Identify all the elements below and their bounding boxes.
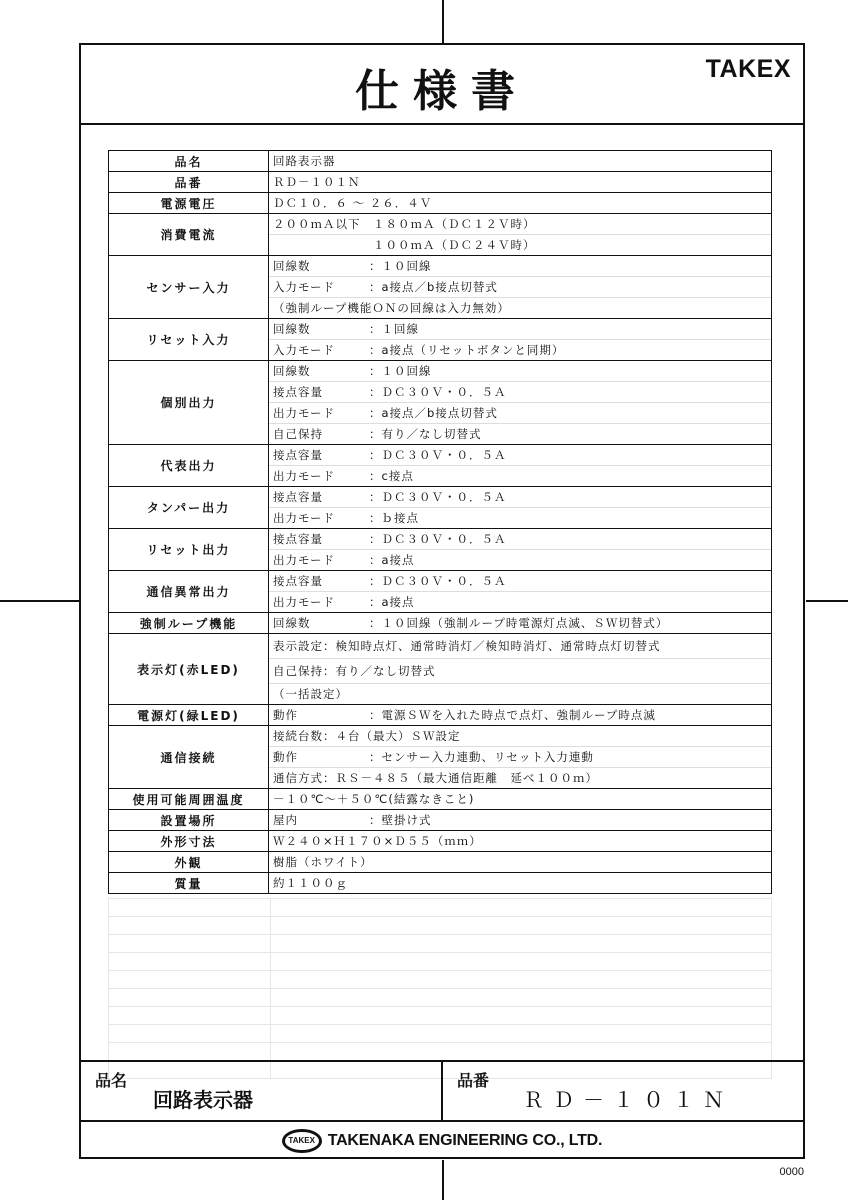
- spec-value-text: 回路表示器: [273, 154, 336, 168]
- spec-label: 電源電圧: [109, 193, 269, 214]
- spec-line: 接点容量：ＤＣ３０Ｖ・０．５Ａ: [269, 445, 771, 466]
- crop-mark-right: [806, 600, 848, 602]
- spec-line: ２００ｍＡ以下 １８０ｍＡ（ＤＣ１２Ｖ時）: [269, 214, 771, 235]
- spec-line: 樹脂（ホワイト）: [269, 852, 771, 872]
- spec-value-text: ：１０回線: [369, 364, 432, 378]
- spec-key: 接点容量: [273, 571, 369, 591]
- spec-line: 回線数：１０回線: [269, 361, 771, 382]
- spec-key: 接続台数: [273, 726, 323, 746]
- spec-value-text: （一括設定）: [273, 687, 348, 701]
- blank-row: [109, 1025, 772, 1043]
- product-code-cell: 品番 ＲＤ－１０１Ｎ: [443, 1062, 803, 1120]
- document-frame: 仕様書 TAKEX 品名回路表示器品番ＲＤ－１０１Ｎ電源電圧ＤＣ１０．６ ～ ２…: [79, 43, 805, 1159]
- spec-value: 屋内：壁掛け式: [269, 810, 772, 831]
- spec-label: 電源灯(緑LED): [109, 705, 269, 726]
- spec-row: 設置場所屋内：壁掛け式: [109, 810, 772, 831]
- spec-line: 動作：電源ＳＷを入れた時点で点灯、強制ループ時点滅: [269, 705, 771, 725]
- blank-row: [109, 971, 772, 989]
- spec-line: 回線数：１０回線: [269, 256, 771, 277]
- spec-key: 回線数: [273, 256, 369, 276]
- blank-cell: [109, 899, 271, 917]
- spec-line: 回路表示器: [269, 151, 771, 171]
- spec-value-text: ：a接点: [369, 595, 415, 609]
- blank-cell: [271, 971, 772, 989]
- page-title: 仕様書: [81, 55, 803, 119]
- spec-line: 出力モード：c接点: [269, 466, 771, 486]
- spec-row: 通信異常出力接点容量：ＤＣ３０Ｖ・０．５Ａ出力モード：a接点: [109, 571, 772, 613]
- spec-row: 電源灯(緑LED)動作：電源ＳＷを入れた時点で点灯、強制ループ時点滅: [109, 705, 772, 726]
- product-code-label: 品番: [457, 1068, 489, 1091]
- spec-key: 回線数: [273, 319, 369, 339]
- spec-value-text: ２００ｍＡ以下 １８０ｍＡ（ＤＣ１２Ｖ時）: [273, 217, 536, 231]
- spec-value: ２００ｍＡ以下 １８０ｍＡ（ＤＣ１２Ｖ時） １００ｍＡ（ＤＣ２４Ｖ時）: [269, 214, 772, 256]
- spec-label: 通信異常出力: [109, 571, 269, 613]
- spec-label: 外形寸法: [109, 831, 269, 852]
- spec-table: 品名回路表示器品番ＲＤ－１０１Ｎ電源電圧ＤＣ１０．６ ～ ２６．４Ｖ消費電流２０…: [108, 150, 772, 894]
- spec-label: リセット入力: [109, 319, 269, 361]
- spec-key: 接点容量: [273, 445, 369, 465]
- spec-value: 接点容量：ＤＣ３０Ｖ・０．５Ａ出力モード：a接点: [269, 529, 772, 571]
- spec-row: 強制ループ機能回線数：１０回線（強制ループ時電源灯点滅、ＳＷ切替式）: [109, 613, 772, 634]
- spec-line: 動作：センサー入力連動、リセット入力連動: [269, 747, 771, 768]
- spec-line: 出力モード：a接点／b接点切替式: [269, 403, 771, 424]
- spec-row: 代表出力接点容量：ＤＣ３０Ｖ・０．５Ａ出力モード：c接点: [109, 445, 772, 487]
- spec-line: －１０℃～＋５０℃(結露なきこと): [269, 789, 771, 809]
- spec-value-text: ：c接点: [369, 469, 414, 483]
- product-info-row: 品名 回路表示器 品番 ＲＤ－１０１Ｎ: [81, 1060, 803, 1122]
- spec-label: 品番: [109, 172, 269, 193]
- product-name-value: 回路表示器: [153, 1084, 253, 1113]
- crop-mark-bottom: [442, 1160, 444, 1200]
- spec-key: 回線数: [273, 361, 369, 381]
- spec-line: 通信方式：ＲＳ－４８５（最大通信距離 延べ１００ｍ）: [269, 768, 771, 788]
- spec-value: 回線数：１回線入力モード：a接点（リセットボタンと同期）: [269, 319, 772, 361]
- spec-value-text: ：ＲＳ－４８５（最大通信距離 延べ１００ｍ）: [323, 771, 598, 785]
- spec-label: 代表出力: [109, 445, 269, 487]
- spec-key: 入力モード: [273, 277, 369, 297]
- blank-cell: [109, 935, 271, 953]
- spec-value-text: ：ｂ接点: [369, 511, 419, 525]
- spec-row: センサー入力回線数：１０回線入力モード：a接点／b接点切替式（強制ループ機能ＯＮ…: [109, 256, 772, 319]
- blank-cell: [271, 1043, 772, 1061]
- spec-value-text: ：壁掛け式: [369, 813, 432, 827]
- spec-line: Ｗ２４０×Ｈ１７０×Ｄ５５（ｍｍ）: [269, 831, 771, 851]
- blank-row: [109, 989, 772, 1007]
- blank-row: [109, 917, 772, 935]
- spec-value-text: ：有り／なし切替式: [323, 664, 436, 678]
- spec-value-text: ：ＤＣ３０Ｖ・０．５Ａ: [369, 385, 507, 399]
- spec-value: ＲＤ－１０１Ｎ: [269, 172, 772, 193]
- spec-value-text: ＲＤ－１０１Ｎ: [273, 175, 361, 189]
- spec-line: 表示設定：検知時点灯、通常時消灯／検知時消灯、通常時点灯切替式: [269, 634, 771, 659]
- blank-row: [109, 1043, 772, 1061]
- spec-value-text: ：１０回線: [369, 259, 432, 273]
- spec-line: ＲＤ－１０１Ｎ: [269, 172, 771, 192]
- spec-label: 通信接続: [109, 726, 269, 789]
- document-header: 仕様書 TAKEX: [81, 45, 803, 125]
- blank-cell: [271, 953, 772, 971]
- spec-value: 回線数：１０回線接点容量：ＤＣ３０Ｖ・０．５Ａ出力モード：a接点／b接点切替式自…: [269, 361, 772, 445]
- blank-row: [109, 1007, 772, 1025]
- spec-key: 出力モード: [273, 403, 369, 423]
- spec-label: 使用可能周囲温度: [109, 789, 269, 810]
- spec-value-text: （強制ループ機能ＯＮの回線は入力無効）: [273, 301, 510, 315]
- spec-key: 回線数: [273, 613, 369, 633]
- spec-label: 品名: [109, 151, 269, 172]
- spec-line: 約１１００ｇ: [269, 873, 771, 893]
- spec-value-text: ：有り／なし切替式: [369, 427, 482, 441]
- spec-value-text: ：ＤＣ３０Ｖ・０．５Ａ: [369, 574, 507, 588]
- spec-key: 表示設定: [273, 634, 323, 658]
- spec-row: 品番ＲＤ－１０１Ｎ: [109, 172, 772, 193]
- spec-row: リセット入力回線数：１回線入力モード：a接点（リセットボタンと同期）: [109, 319, 772, 361]
- spec-line: 自己保持：有り／なし切替式: [269, 659, 771, 684]
- spec-label: 消費電流: [109, 214, 269, 256]
- blank-cell: [271, 935, 772, 953]
- brand-logo: TAKEX: [706, 55, 791, 84]
- blank-cell: [109, 917, 271, 935]
- spec-key: 接点容量: [273, 487, 369, 507]
- spec-line: 接続台数：４台（最大）ＳＷ設定: [269, 726, 771, 747]
- spec-value-text: Ｗ２４０×Ｈ１７０×Ｄ５５（ｍｍ）: [273, 834, 482, 848]
- spec-row: 質量約１１００ｇ: [109, 873, 772, 894]
- spec-line: 自己保持：有り／なし切替式: [269, 424, 771, 444]
- spec-label: 個別出力: [109, 361, 269, 445]
- spec-value: ＤＣ１０．６ ～ ２６．４Ｖ: [269, 193, 772, 214]
- crop-mark-left: [0, 600, 80, 602]
- spec-label: センサー入力: [109, 256, 269, 319]
- blank-cell: [109, 1025, 271, 1043]
- spec-key: 接点容量: [273, 529, 369, 549]
- spec-label: タンパー出力: [109, 487, 269, 529]
- spec-row: リセット出力接点容量：ＤＣ３０Ｖ・０．５Ａ出力モード：a接点: [109, 529, 772, 571]
- blank-cell: [109, 989, 271, 1007]
- spec-line: 接点容量：ＤＣ３０Ｖ・０．５Ａ: [269, 571, 771, 592]
- spec-value-text: ：ＤＣ３０Ｖ・０．５Ａ: [369, 532, 507, 546]
- spec-value-text: －１０℃～＋５０℃(結露なきこと): [273, 792, 474, 806]
- spec-value: 接点容量：ＤＣ３０Ｖ・０．５Ａ出力モード：ｂ接点: [269, 487, 772, 529]
- blank-row: [109, 899, 772, 917]
- spec-key: 動作: [273, 747, 369, 767]
- spec-line: （一括設定）: [269, 684, 771, 704]
- company-name: TAKENAKA ENGINEERING CO., LTD.: [328, 1132, 603, 1150]
- takex-logo-icon: TAKEX: [282, 1129, 322, 1153]
- spec-label: 質量: [109, 873, 269, 894]
- spec-label: 外観: [109, 852, 269, 873]
- spec-value-text: ：a接点／b接点切替式: [369, 406, 498, 420]
- spec-label: 強制ループ機能: [109, 613, 269, 634]
- spec-line: 入力モード：a接点／b接点切替式: [269, 277, 771, 298]
- spec-key: 動作: [273, 705, 369, 725]
- spec-row: 通信接続接続台数：４台（最大）ＳＷ設定動作：センサー入力連動、リセット入力連動通…: [109, 726, 772, 789]
- spec-key: 出力モード: [273, 466, 369, 486]
- document-number: 0000: [780, 1166, 804, 1178]
- spec-row: 消費電流２００ｍＡ以下 １８０ｍＡ（ＤＣ１２Ｖ時） １００ｍＡ（ＤＣ２４Ｖ時）: [109, 214, 772, 256]
- spec-value-text: ：１回線: [369, 322, 419, 336]
- spec-key: 接点容量: [273, 382, 369, 402]
- spec-line: 出力モード：ｂ接点: [269, 508, 771, 528]
- spec-value: 接点容量：ＤＣ３０Ｖ・０．５Ａ出力モード：a接点: [269, 571, 772, 613]
- spec-value: 回線数：１０回線入力モード：a接点／b接点切替式（強制ループ機能ＯＮの回線は入力…: [269, 256, 772, 319]
- spec-value-text: ：a接点／b接点切替式: [369, 280, 498, 294]
- blank-cell: [109, 953, 271, 971]
- spec-line: 回線数：１回線: [269, 319, 771, 340]
- spec-row: タンパー出力接点容量：ＤＣ３０Ｖ・０．５Ａ出力モード：ｂ接点: [109, 487, 772, 529]
- spec-line: １００ｍＡ（ＤＣ２４Ｖ時）: [269, 235, 771, 255]
- spec-line: （強制ループ機能ＯＮの回線は入力無効）: [269, 298, 771, 318]
- spec-value: Ｗ２４０×Ｈ１７０×Ｄ５５（ｍｍ）: [269, 831, 772, 852]
- spec-value-text: ：センサー入力連動、リセット入力連動: [369, 750, 594, 764]
- spec-line: 接点容量：ＤＣ３０Ｖ・０．５Ａ: [269, 529, 771, 550]
- spec-line: 接点容量：ＤＣ３０Ｖ・０．５Ａ: [269, 487, 771, 508]
- blank-cell: [271, 1025, 772, 1043]
- spec-value-text: ：ＤＣ３０Ｖ・０．５Ａ: [369, 490, 507, 504]
- spec-value-text: ：検知時点灯、通常時消灯／検知時消灯、通常時点灯切替式: [323, 639, 661, 653]
- spec-value: 回線数：１０回線（強制ループ時電源灯点滅、ＳＷ切替式）: [269, 613, 772, 634]
- spec-value: 回路表示器: [269, 151, 772, 172]
- spec-line: 回線数：１０回線（強制ループ時電源灯点滅、ＳＷ切替式）: [269, 613, 771, 633]
- spec-key: 自己保持: [273, 659, 323, 683]
- spec-value-text: 約１１００ｇ: [273, 876, 348, 890]
- crop-mark-top: [442, 0, 444, 44]
- blank-cell: [109, 1007, 271, 1025]
- spec-key: 屋内: [273, 810, 369, 830]
- spec-value-text: ：ＤＣ３０Ｖ・０．５Ａ: [369, 448, 507, 462]
- spec-value: 接続台数：４台（最大）ＳＷ設定動作：センサー入力連動、リセット入力連動通信方式：…: [269, 726, 772, 789]
- spec-row: 外観樹脂（ホワイト）: [109, 852, 772, 873]
- blank-cell: [271, 917, 772, 935]
- spec-key: 通信方式: [273, 768, 323, 788]
- spec-value-text: ：a接点: [369, 553, 415, 567]
- product-name-label: 品名: [95, 1068, 127, 1091]
- spec-line: 出力モード：a接点: [269, 592, 771, 612]
- spec-line: ＤＣ１０．６ ～ ２６．４Ｖ: [269, 193, 771, 213]
- spec-value-text: １００ｍＡ（ＤＣ２４Ｖ時）: [273, 238, 536, 252]
- spec-row: 個別出力回線数：１０回線接点容量：ＤＣ３０Ｖ・０．５Ａ出力モード：a接点／b接点…: [109, 361, 772, 445]
- blank-rows: [108, 898, 772, 1079]
- blank-row: [109, 935, 772, 953]
- product-name-cell: 品名 回路表示器: [81, 1062, 443, 1120]
- company-footer: TAKEX TAKENAKA ENGINEERING CO., LTD.: [81, 1122, 803, 1159]
- blank-cell: [109, 1043, 271, 1061]
- spec-value-text: ＤＣ１０．６ ～ ２６．４Ｖ: [273, 196, 432, 210]
- blank-cell: [271, 899, 772, 917]
- spec-key: 自己保持: [273, 424, 369, 444]
- spec-line: 屋内：壁掛け式: [269, 810, 771, 830]
- spec-row: 外形寸法Ｗ２４０×Ｈ１７０×Ｄ５５（ｍｍ）: [109, 831, 772, 852]
- blank-row: [109, 953, 772, 971]
- spec-value: 動作：電源ＳＷを入れた時点で点灯、強制ループ時点滅: [269, 705, 772, 726]
- product-code-value: ＲＤ－１０１Ｎ: [523, 1084, 733, 1114]
- spec-value-text: ：４台（最大）ＳＷ設定: [323, 729, 461, 743]
- spec-label: 表示灯(赤LED): [109, 634, 269, 705]
- spec-row: 使用可能周囲温度－１０℃～＋５０℃(結露なきこと): [109, 789, 772, 810]
- spec-value-text: ：１０回線（強制ループ時電源灯点滅、ＳＷ切替式）: [369, 616, 668, 630]
- spec-row: 表示灯(赤LED)表示設定：検知時点灯、通常時消灯／検知時消灯、通常時点灯切替式…: [109, 634, 772, 705]
- spec-line: 接点容量：ＤＣ３０Ｖ・０．５Ａ: [269, 382, 771, 403]
- blank-cell: [271, 989, 772, 1007]
- spec-row: 電源電圧ＤＣ１０．６ ～ ２６．４Ｖ: [109, 193, 772, 214]
- spec-line: 入力モード：a接点（リセットボタンと同期）: [269, 340, 771, 360]
- spec-row: 品名回路表示器: [109, 151, 772, 172]
- spec-value: －１０℃～＋５０℃(結露なきこと): [269, 789, 772, 810]
- spec-value-text: 樹脂（ホワイト）: [273, 855, 373, 869]
- blank-cell: [109, 971, 271, 989]
- spec-value: 約１１００ｇ: [269, 873, 772, 894]
- spec-value-text: ：電源ＳＷを入れた時点で点灯、強制ループ時点滅: [369, 708, 656, 722]
- spec-key: 入力モード: [273, 340, 369, 360]
- spec-line: 出力モード：a接点: [269, 550, 771, 570]
- spec-key: 出力モード: [273, 508, 369, 528]
- spec-value: 樹脂（ホワイト）: [269, 852, 772, 873]
- spec-value-text: ：a接点（リセットボタンと同期）: [369, 343, 564, 357]
- blank-cell: [271, 1007, 772, 1025]
- spec-value: 表示設定：検知時点灯、通常時消灯／検知時消灯、通常時点灯切替式自己保持：有り／な…: [269, 634, 772, 705]
- spec-label: 設置場所: [109, 810, 269, 831]
- spec-value: 接点容量：ＤＣ３０Ｖ・０．５Ａ出力モード：c接点: [269, 445, 772, 487]
- spec-key: 出力モード: [273, 592, 369, 612]
- spec-key: 出力モード: [273, 550, 369, 570]
- spec-label: リセット出力: [109, 529, 269, 571]
